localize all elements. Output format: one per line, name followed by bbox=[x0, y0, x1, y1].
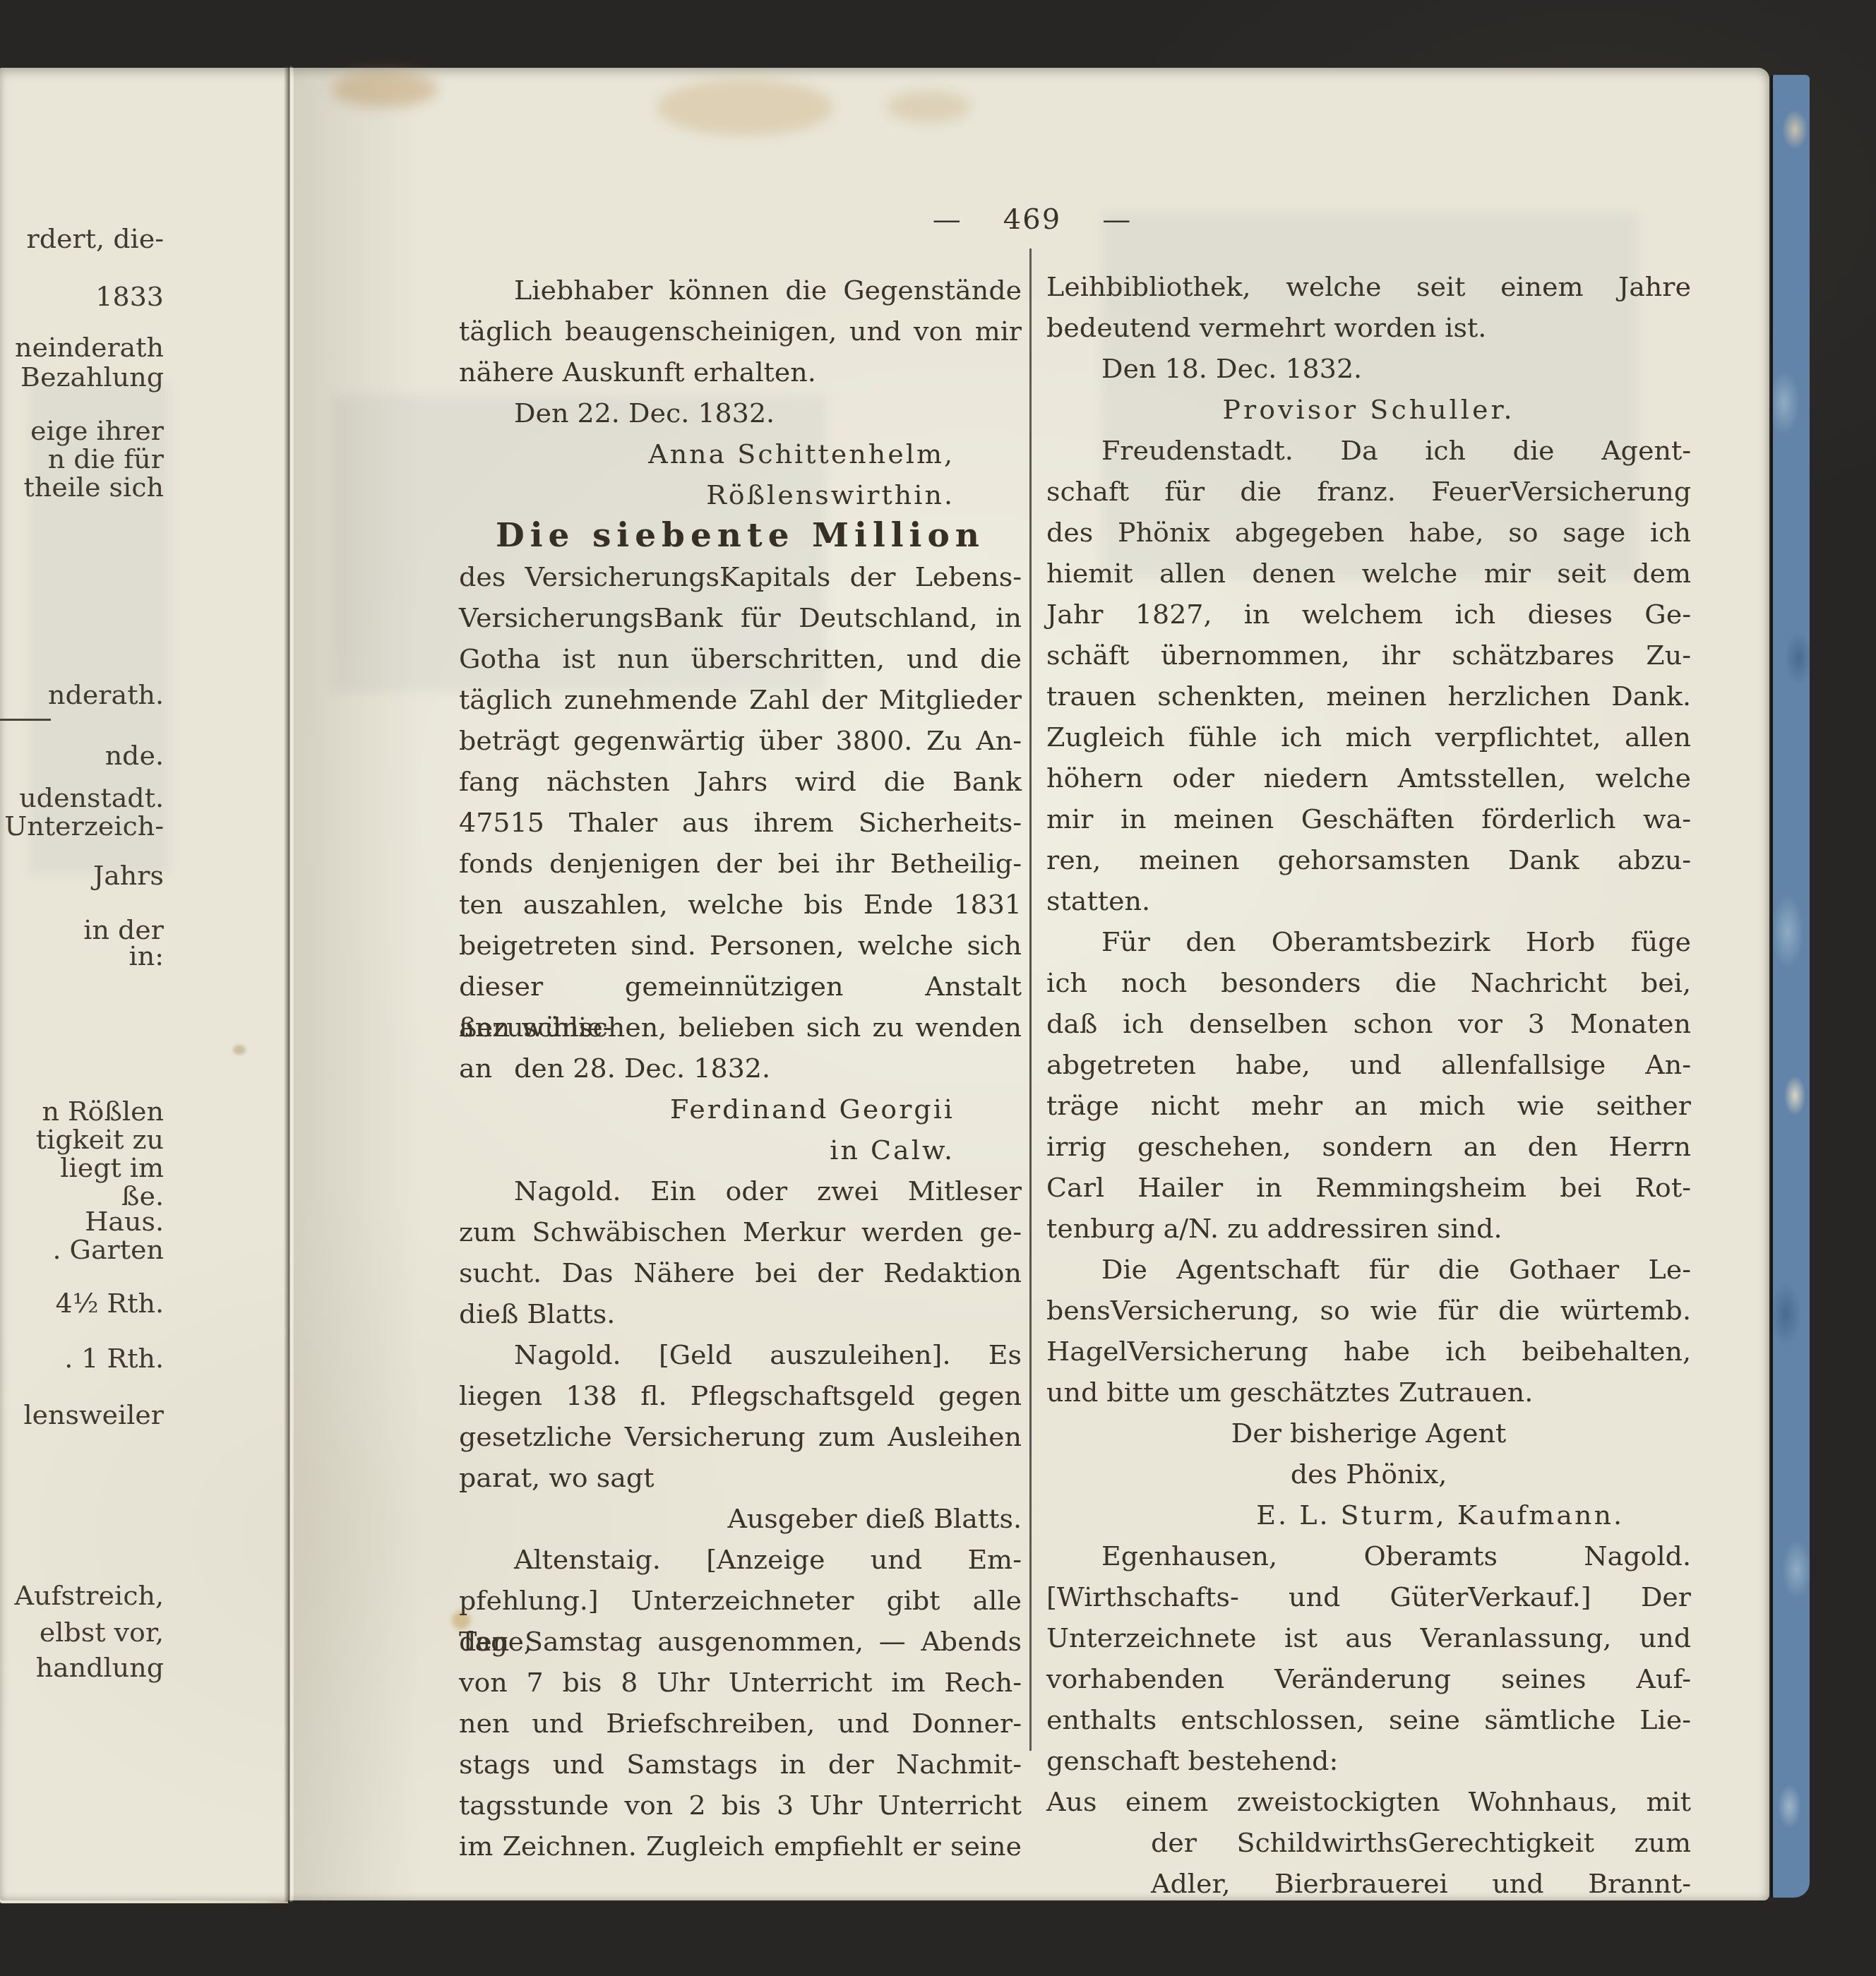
text-line: enthalts entschlossen, seine sämtliche L… bbox=[1046, 1699, 1691, 1740]
text-line: Freudenstadt. Da ich die Agent- bbox=[1046, 430, 1691, 471]
text-line: den 28. Dec. 1832. bbox=[459, 1048, 1022, 1089]
text-line: ßen wünschen, belieben sich zu wenden an bbox=[459, 1007, 1022, 1048]
text-line: [Wirthschafts- und GüterVerkauf.] Der bbox=[1046, 1576, 1691, 1617]
text-line: Nagold. Ein oder zwei Mitleser bbox=[459, 1170, 1022, 1211]
margin-fragment-line: Aufstreich, bbox=[0, 1579, 164, 1612]
text-line: Für den Oberamtsbezirk Horb füge bbox=[1046, 921, 1691, 962]
margin-fragment-line: . Garten bbox=[0, 1233, 164, 1267]
left-text-column: Liebhaber können die Gegenständetäglich … bbox=[459, 270, 1022, 1867]
left-margin-fragments: rdert, die-1833neinderathBezahlungeige i… bbox=[0, 0, 164, 1976]
text-line: der SchildwirthsGerechtigkeit zum bbox=[1046, 1822, 1691, 1863]
text-line: Die siebente Million bbox=[459, 515, 1022, 556]
text-line: Den 22. Dec. 1832. bbox=[459, 393, 1022, 433]
stain bbox=[332, 71, 438, 107]
text-line: Ferdinand Georgii bbox=[459, 1089, 1022, 1130]
text-line: parat, wo sagt bbox=[459, 1457, 1022, 1498]
text-line: irrig geschehen, sondern an den Herrn bbox=[1046, 1126, 1691, 1167]
margin-fragment-line: nde. bbox=[0, 738, 164, 772]
text-line: täglich zunehmende Zahl der Mitglieder bbox=[459, 679, 1022, 720]
text-line: nen und Briefschreiben, und Donner- bbox=[459, 1703, 1022, 1744]
text-line: vorhabenden Veränderung seines Auf- bbox=[1046, 1658, 1691, 1699]
text-line: tenburg a/N. zu addressiren sind. bbox=[1046, 1208, 1691, 1249]
margin-fragment-line: 1833 bbox=[0, 280, 164, 313]
text-line: Rößlenswirthin. bbox=[459, 474, 1022, 515]
text-line: Anna Schittenhelm, bbox=[459, 433, 1022, 474]
text-line: dieß Blatts. bbox=[459, 1293, 1022, 1334]
text-line: und bitte um geschätztes Zutrauen. bbox=[1046, 1372, 1691, 1413]
page-number-value: 469 bbox=[1003, 203, 1061, 236]
text-line: Gotha ist nun überschritten, und die bbox=[459, 638, 1022, 679]
text-line: Leihbibliothek, welche seit einem Jahre bbox=[1046, 266, 1691, 307]
text-line: höhern oder niedern Amtsstellen, welche bbox=[1046, 758, 1691, 798]
margin-rule bbox=[0, 719, 51, 721]
text-line: Den 18. Dec. 1832. bbox=[1046, 348, 1691, 389]
text-line: hiemit allen denen welche mir seit dem bbox=[1046, 553, 1691, 594]
stain bbox=[657, 79, 833, 136]
margin-fragment-line: rdert, die- bbox=[0, 222, 164, 256]
margin-fragment-line: in: bbox=[0, 939, 164, 973]
text-line: Zugleich fühle ich mich verpflichtet, al… bbox=[1046, 717, 1691, 758]
text-line: trauen schenkten, meinen herzlichen Dank… bbox=[1046, 676, 1691, 717]
text-line: liegen 138 fl. Pflegschaftsgeld gegen bbox=[459, 1375, 1022, 1416]
text-line: Die Agentschaft für die Gothaer Le- bbox=[1046, 1249, 1691, 1290]
page-number-dash: — bbox=[1102, 203, 1132, 236]
text-line: schäft übernommen, ihr schätzbares Zu- bbox=[1046, 635, 1691, 676]
margin-fragment-line: elbst vor, bbox=[0, 1615, 164, 1649]
margin-fragment-line: nderath. bbox=[0, 678, 164, 712]
right-text-column: Leihbibliothek, welche seit einem Jahreb… bbox=[1046, 266, 1691, 1904]
text-line: statten. bbox=[1046, 880, 1691, 921]
text-line: bedeutend vermehrt worden ist. bbox=[1046, 307, 1691, 348]
text-line: Egenhausen, Oberamts Nagold. bbox=[1046, 1535, 1691, 1576]
page-number-dash: — bbox=[933, 203, 962, 236]
text-line: Altenstaig. [Anzeige und Em- bbox=[459, 1539, 1022, 1580]
text-line: tagsstunde von 2 bis 3 Uhr Unterricht bbox=[459, 1785, 1022, 1826]
text-line: Provisor Schuller. bbox=[1046, 389, 1691, 430]
text-line: VersicherungsBank für Deutschland, in bbox=[459, 597, 1022, 638]
text-line: beigetreten sind. Personen, welche sich bbox=[459, 925, 1022, 966]
margin-fragment-line: Unterzeich- bbox=[0, 809, 164, 843]
margin-fragment-line: 4½ Rth. bbox=[0, 1286, 164, 1320]
text-line: ten auszahlen, welche bis Ende 1831 bbox=[459, 884, 1022, 925]
text-line: Unterzeichnete ist aus Veranlassung, und bbox=[1046, 1617, 1691, 1658]
text-line: nähere Auskunft erhalten. bbox=[459, 352, 1022, 393]
text-line: Nagold. [Geld auszuleihen]. Es bbox=[459, 1334, 1022, 1375]
margin-fragment-line: lensweiler bbox=[0, 1398, 164, 1432]
margin-fragment-line: Jahrs bbox=[0, 858, 164, 892]
text-line: HagelVersicherung habe ich beibehalten, bbox=[1046, 1331, 1691, 1372]
text-line: des Phönix abgegeben habe, so sage ich bbox=[1046, 512, 1691, 553]
text-line: von 7 bis 8 Uhr Unterricht im Rech- bbox=[459, 1662, 1022, 1703]
scanned-book-photo: — 469 — rdert, die-1833neinderathBezahlu… bbox=[0, 0, 1876, 1976]
stain bbox=[886, 90, 971, 123]
margin-fragment-line: . 1 Rth. bbox=[0, 1341, 164, 1375]
text-line: fonds denjenigen der bei ihr Betheilig- bbox=[459, 843, 1022, 884]
text-line: beträgt gegenwärtig über 3800. Zu An- bbox=[459, 720, 1022, 761]
blue-marbled-binding-edge bbox=[1771, 75, 1810, 1898]
text-line: ren, meinen gehorsamsten Dank abzu- bbox=[1046, 839, 1691, 880]
text-line: im Zeichnen. Zugleich empfiehlt er seine bbox=[459, 1826, 1022, 1867]
text-line: gesetzliche Versicherung zum Ausleihen bbox=[459, 1416, 1022, 1457]
text-line: Aus einem zweistockigten Wohnhaus, mit bbox=[1046, 1781, 1691, 1822]
text-line: schaft für die franz. FeuerVersicherung bbox=[1046, 471, 1691, 512]
margin-fragment-line: neinderath bbox=[0, 330, 164, 364]
text-line: Liebhaber können die Gegenstände bbox=[459, 270, 1022, 311]
text-line: in Calw. bbox=[459, 1130, 1022, 1170]
gutter-shadow bbox=[294, 68, 421, 1900]
text-line: mir in meinen Geschäften förderlich wa- bbox=[1046, 798, 1691, 839]
text-line: den Samstag ausgenommen, — Abends bbox=[459, 1621, 1022, 1662]
column-divider-rule bbox=[1029, 249, 1032, 1751]
text-line: Carl Hailer in Remmingsheim bei Rot- bbox=[1046, 1167, 1691, 1208]
text-line: Jahr 1827, in welchem ich dieses Ge- bbox=[1046, 594, 1691, 635]
text-line: abgetreten habe, und allenfallsige An- bbox=[1046, 1044, 1691, 1085]
margin-fragment-line: handlung bbox=[0, 1651, 164, 1684]
text-line: pfehlung.] Unterzeichneter gibt alle Tag… bbox=[459, 1580, 1022, 1621]
text-line: stags und Samstags in der Nachmit- bbox=[459, 1744, 1022, 1785]
text-line: dieser gemeinnützigen Anstalt anzuschlie… bbox=[459, 966, 1022, 1007]
text-line: Der bisherige Agent bbox=[1046, 1413, 1691, 1454]
margin-fragment-line: Bezahlung bbox=[0, 360, 164, 394]
text-line: ich noch besonders die Nachricht bei, bbox=[1046, 962, 1691, 1003]
text-line: genschaft bestehend: bbox=[1046, 1740, 1691, 1781]
text-line: fang nächsten Jahrs wird die Bank bbox=[459, 761, 1022, 802]
text-line: täglich beaugenscheinigen, und von mir bbox=[459, 311, 1022, 352]
text-line: Ausgeber dieß Blatts. bbox=[459, 1498, 1022, 1539]
text-line: Adler, Bierbrauerei und Brannt- bbox=[1046, 1863, 1691, 1904]
text-line: zum Schwäbischen Merkur werden ge- bbox=[459, 1211, 1022, 1252]
page-number: — 469 — bbox=[933, 203, 1132, 236]
margin-fragment-line: theile sich bbox=[0, 470, 164, 504]
text-line: träge nicht mehr an mich wie seither bbox=[1046, 1085, 1691, 1126]
page-fold-crease bbox=[284, 66, 294, 1902]
stain bbox=[233, 1045, 246, 1055]
text-line: bensVersicherung, so wie für die würtemb… bbox=[1046, 1290, 1691, 1331]
text-line: daß ich denselben schon vor 3 Monaten bbox=[1046, 1003, 1691, 1044]
text-line: des Phönix, bbox=[1046, 1454, 1691, 1495]
text-line: E. L. Sturm, Kaufmann. bbox=[1046, 1495, 1691, 1535]
text-line: des VersicherungsKapitals der Lebens- bbox=[459, 556, 1022, 597]
text-line: sucht. Das Nähere bei der Redaktion bbox=[459, 1252, 1022, 1293]
text-line: 47515 Thaler aus ihrem Sicherheits- bbox=[459, 802, 1022, 843]
